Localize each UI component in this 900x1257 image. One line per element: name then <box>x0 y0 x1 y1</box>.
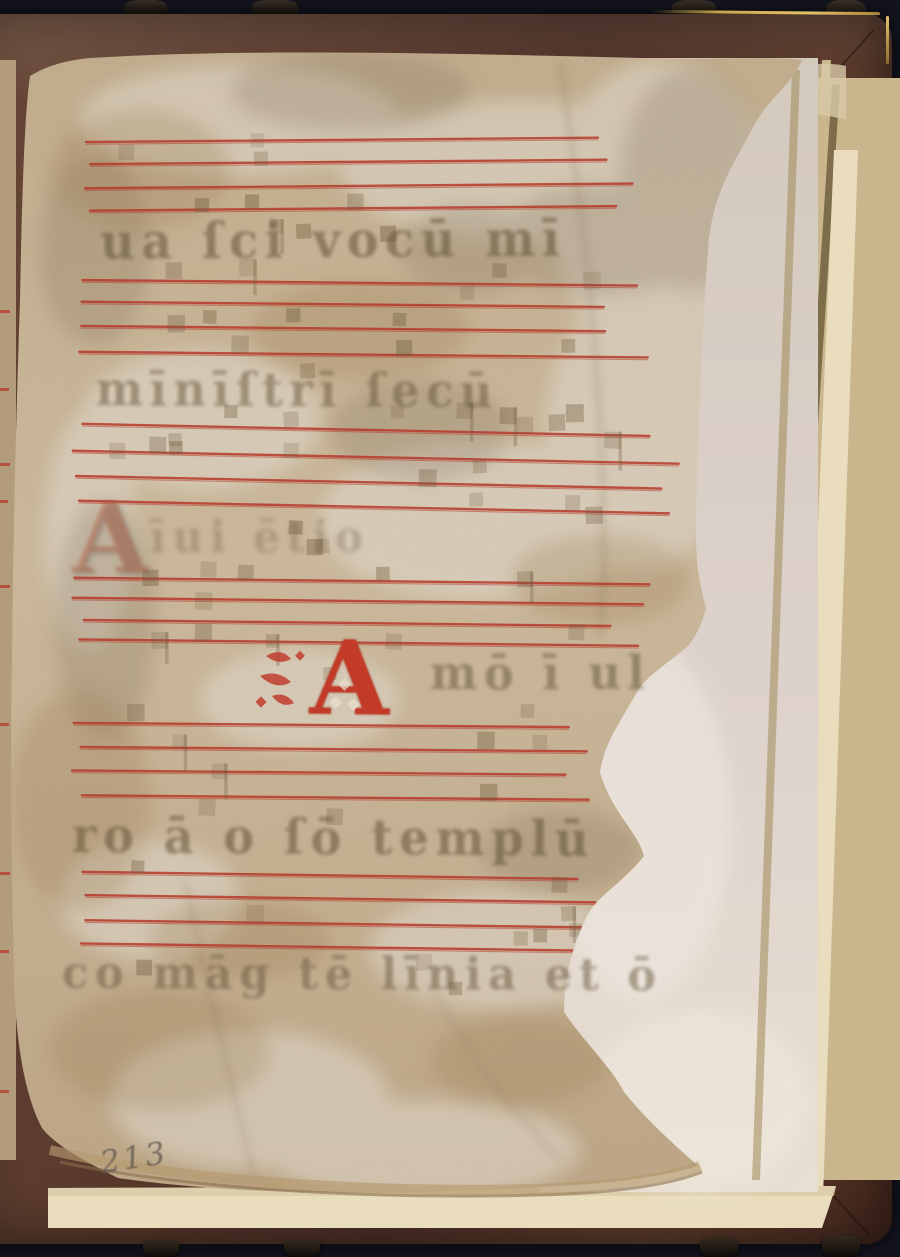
red-flourish <box>256 644 312 716</box>
binding-foot <box>822 1236 860 1257</box>
binding-foot <box>284 1240 320 1257</box>
chant-text-line: ro ā o ſō templū <box>72 806 596 868</box>
manuscript-photo: ua ſci vocū mī mīnīſtrī ſecū īui ētio mō… <box>0 0 900 1257</box>
binding-foot <box>700 1238 738 1257</box>
chant-text-line: mō ī ul <box>430 646 651 701</box>
chant-text-line: co māg tē līnia et ō <box>62 946 663 1001</box>
chant-text-line: īui ētio <box>150 512 370 563</box>
parchment-artwork <box>0 0 900 1257</box>
chant-text-line: mīnīſtrī ſecū <box>96 362 499 419</box>
chant-text-line: ua ſci vocū mī <box>100 209 567 271</box>
binding-foot <box>143 1240 179 1257</box>
large-initial-a: A <box>309 627 390 730</box>
ghost-initial-a: A <box>72 490 148 588</box>
